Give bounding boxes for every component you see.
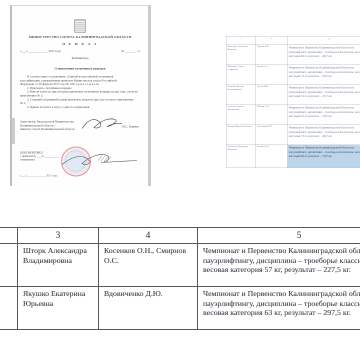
body-line: 4. Приказ вступает в силу со дня его под… bbox=[20, 106, 140, 110]
trainer-cell: Егоров Б.Н. bbox=[256, 145, 288, 168]
cutoff-column-cell bbox=[0, 228, 18, 244]
cutoff-column-cell bbox=[0, 330, 18, 331]
order-body: В соответствии с положением о Единой все… bbox=[20, 76, 140, 110]
scanned-order-document: МИНИСТЕРСТВО СПОРТА КАЛИНИНГРАДСКОЙ ОБЛА… bbox=[10, 5, 151, 186]
result-cell: Чемпионат и Первенство Калининградской о… bbox=[287, 65, 360, 85]
result-cell: Чемпионат и Первенство Калининградской о… bbox=[287, 45, 360, 65]
city-line: Калининград bbox=[12, 57, 148, 60]
side-table-row: Ильина Марина Олеговна Косенков К.Н. Чем… bbox=[226, 125, 360, 145]
document-page: МИНИСТЕРСТВО СПОРТА КАЛИНИНГРАДСКОЙ ОБЛА… bbox=[12, 6, 148, 186]
result-cell: Чемпионат и Первенство Калининградской о… bbox=[287, 125, 360, 145]
order-heading: П Р И К А З bbox=[12, 42, 148, 46]
athlete-name-cell: Петрова Наталья Владимировна bbox=[226, 85, 256, 105]
side-header-4: 4 bbox=[256, 36, 288, 44]
main-header-3: 3 bbox=[18, 228, 99, 244]
side-header-3: 3 bbox=[226, 36, 256, 44]
main-table-partial-row bbox=[0, 330, 360, 331]
athlete-name-cell: Соколов Алексей Дмитриевич bbox=[226, 105, 256, 125]
signature-block: Заместитель Председателя Правительства К… bbox=[20, 118, 140, 139]
order-number-line: № _______ – к bbox=[121, 50, 140, 53]
result-cell: Чемпионат и Первенство Калининградской о… bbox=[198, 244, 360, 287]
magnified-results-table-region: 3 4 5 Шторк Александра Владимировна Косе… bbox=[0, 227, 360, 330]
result-cell: Чемпионат и Первенство Калининградской о… bbox=[287, 105, 360, 125]
cutoff-column-cell bbox=[0, 244, 18, 287]
side-table-header-row: 3 4 5 bbox=[226, 36, 360, 44]
result-cell-highlighted: Чемпионат и Первенство Калининградской о… bbox=[287, 145, 360, 168]
side-header-5: 5 bbox=[287, 36, 360, 44]
athlete-name-cell: Ильина Марина Олеговна bbox=[226, 125, 256, 145]
stamp-signature-icon bbox=[52, 146, 142, 176]
athlete-name-cell bbox=[18, 330, 99, 331]
stamp-block: ДОКУМЕНТОВЕД с приказом № ___ от _______… bbox=[17, 146, 143, 181]
athlete-name-cell: Романенко Владимир Игоревич bbox=[226, 145, 256, 168]
result-cell: Чемпионат и Первенство Калининградской о… bbox=[198, 287, 360, 330]
side-table-row: Кузнецова Анастасия Игоревна Горлов Б.В.… bbox=[226, 45, 360, 65]
stamp-date-line: «___» _____________ 2017 года bbox=[20, 175, 57, 178]
trainer-cell: Буталов А. bbox=[256, 65, 288, 85]
trainer-cell: Горлов Б.В. bbox=[256, 45, 288, 65]
signer-position: Заместитель Председателя Правительства К… bbox=[20, 121, 80, 132]
order-date-line: «___» _____________ 2017 года bbox=[20, 50, 61, 53]
signer-name: Н.С. Ищенко bbox=[122, 126, 139, 129]
side-table-row: Петрова Наталья Владимировна Тугов М.В. … bbox=[226, 85, 360, 105]
athlete-name-cell: Михайлов Сергей Андреевич bbox=[226, 65, 256, 85]
side-table-row: Михайлов Сергей Андреевич Буталов А. Чем… bbox=[226, 65, 360, 85]
magnified-results-table: 3 4 5 Шторк Александра Владимировна Косе… bbox=[0, 227, 360, 330]
athlete-name-cell: Якушко Екатерина Юрьевна bbox=[18, 287, 99, 330]
main-header-5: 5 bbox=[198, 228, 360, 244]
main-table-row: Шторк Александра Владимировна Косенков О… bbox=[0, 244, 360, 287]
trainers-cell: Вдовиченко Д.Ю. bbox=[99, 287, 198, 330]
trainer-cell: Косенков К.Н. bbox=[256, 125, 288, 145]
order-subject: О присвоении спортивных разрядов bbox=[12, 67, 148, 71]
trainer-cell: Тугов М.В. bbox=[256, 85, 288, 105]
ministry-name: МИНИСТЕРСТВО СПОРТА КАЛИНИНГРАДСКОЙ ОБЛА… bbox=[12, 36, 148, 40]
main-table-row: Якушко Екатерина Юрьевна Вдовиченко Д.Ю.… bbox=[0, 287, 360, 330]
body-line: 3. Старший спортивный разряд присвоить л… bbox=[20, 98, 140, 102]
coat-of-arms-icon bbox=[74, 19, 86, 33]
main-table-header-row: 3 4 5 bbox=[0, 228, 360, 244]
athlete-name-cell: Кузнецова Анастасия Игоревна bbox=[226, 45, 256, 65]
main-header-4: 4 bbox=[99, 228, 198, 244]
trainer-cell: Шторк А.В. bbox=[256, 105, 288, 125]
scan-edge-smudge bbox=[12, 118, 15, 144]
side-table-row: Романенко Владимир Игоревич Егоров Б.Н. … bbox=[226, 145, 360, 168]
signature-icon bbox=[79, 116, 124, 133]
result-cell bbox=[198, 330, 360, 331]
side-results-table: 3 4 5 Кузнецова Анастасия Игоревна Горло… bbox=[226, 36, 360, 168]
trainers-cell: Косенков О.Н., Смирнов О.С. bbox=[99, 244, 198, 287]
side-results-table-region: 3 4 5 Кузнецова Анастасия Игоревна Горло… bbox=[226, 36, 360, 170]
athlete-name-cell: Шторк Александра Владимировна bbox=[18, 244, 99, 287]
side-table-row: Соколов Алексей Дмитриевич Шторк А.В. Че… bbox=[226, 105, 360, 125]
cutoff-column-cell bbox=[0, 287, 18, 330]
result-cell: Чемпионат и Первенство Калининградской о… bbox=[287, 85, 360, 105]
trainers-cell bbox=[99, 330, 198, 331]
